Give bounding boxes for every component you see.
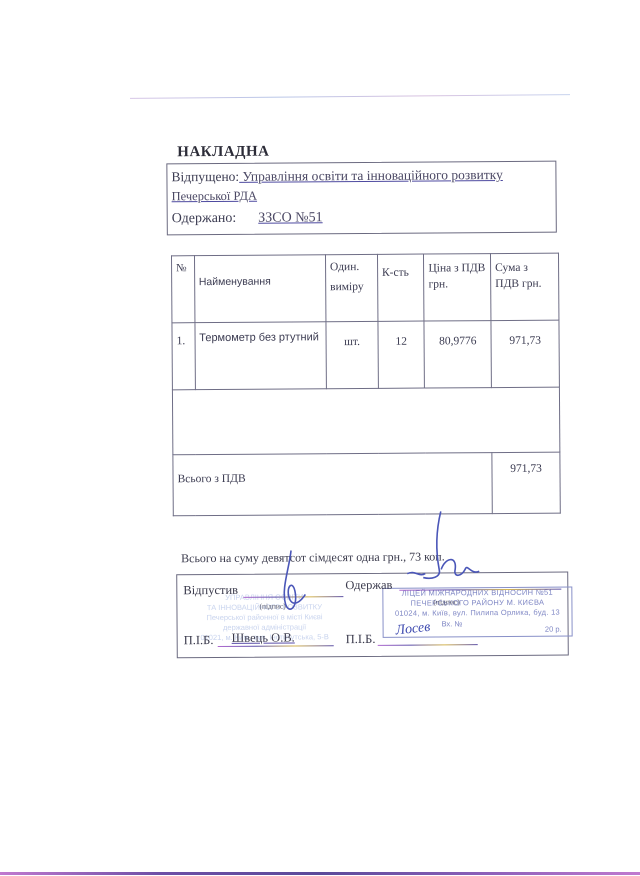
row-sum: 971,73 (491, 320, 559, 387)
receiver-value: ЗЗСО №51 (236, 210, 322, 226)
header-num: № (171, 256, 194, 323)
signatures-box: УПРАВЛІННЯ ОСВІТИ ТА ІННОВАЦІЙНОГО РОЗВИ… (176, 572, 569, 659)
released-by-label: Відпустив (183, 583, 238, 598)
sender-value-line1: Управління освіти та інноваційного розви… (239, 167, 503, 184)
row-num: 1. (172, 323, 195, 390)
header-unit: Один. виміру (325, 254, 377, 321)
document-title: НАКЛАДНА (177, 144, 269, 162)
table-row: 1. Термометр без ртутний шт. 12 80,9776 … (172, 320, 559, 390)
receiver-label: Одержано: (172, 211, 237, 226)
released-name-label: П.І.Б. (184, 633, 214, 648)
stamp-text: 01024, м. Київ, вул. Пилипа Орлика, буд.… (383, 608, 571, 619)
received-name-line (378, 644, 478, 646)
amount-in-words: Всього на суму девятсот сімдесят одна гр… (181, 549, 445, 566)
empty-cell (172, 387, 559, 455)
sender-value-line2: Печерської РДА (172, 189, 258, 204)
items-table: № Найменування Один. виміру К-сть Ціна з… (171, 253, 561, 517)
row-qty: 12 (378, 321, 425, 388)
table-header-row: № Найменування Один. виміру К-сть Ціна з… (171, 253, 558, 323)
row-name: Термометр без ртутний (195, 322, 327, 390)
sender-field: Відпущено: Управління освіти та інноваці… (171, 167, 502, 185)
table-empty-row (172, 387, 559, 455)
total-value: 971,73 (492, 452, 560, 513)
receiver-field: Одержано:ЗЗСО №51 (172, 210, 323, 227)
header-name: Найменування (194, 255, 326, 323)
released-name-line (218, 645, 334, 647)
total-label: Всього з ПДВ (173, 453, 492, 516)
row-unit: шт. (326, 321, 378, 388)
header-sum: Сума з ПДВ грн. (491, 253, 559, 320)
received-signature-note: (підпис) (433, 597, 459, 606)
scan-edge-line (0, 872, 640, 875)
header-qty: К-сть (377, 254, 424, 321)
row-price: 80,9776 (424, 321, 491, 388)
received-name-label: П.І.Б. (346, 632, 376, 647)
received-by-label: Одержав (345, 578, 392, 593)
invoice-page: НАКЛАДНА Відпущено: Управління освіти та… (0, 0, 640, 876)
stamp-incoming-number: Вх. № (442, 619, 463, 628)
header-price: Ціна з ПДВ грн. (424, 254, 491, 321)
stamp-date: 20 р. (545, 625, 562, 634)
released-signature-note: (підпис) (259, 602, 285, 611)
sender-label: Відпущено: (171, 169, 239, 184)
table-total-row: Всього з ПДВ 971,73 (173, 452, 560, 516)
released-by-name: Швець О.В. (232, 630, 295, 645)
parties-box: Відпущено: Управління освіти та інноваці… (166, 161, 556, 236)
sender-field-cont: Печерської РДА (172, 189, 258, 205)
